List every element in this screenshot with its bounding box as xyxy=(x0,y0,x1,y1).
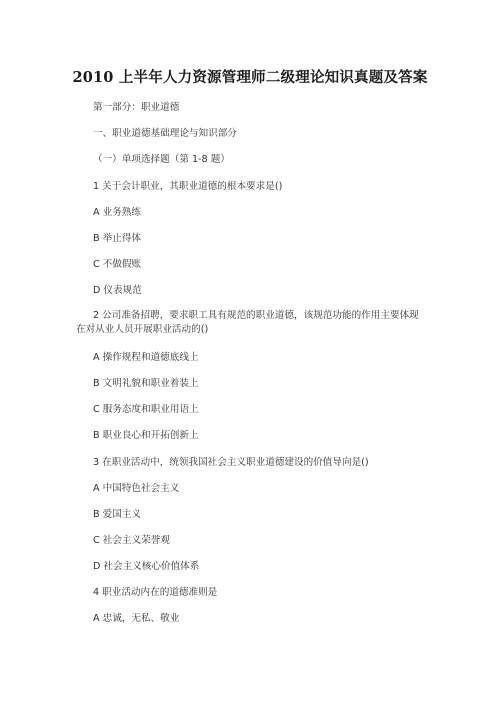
question-1-stem: 1 关于会计职业，其职业道德的根本要求是() xyxy=(93,180,282,193)
question-1-option-c: C 不做假账 xyxy=(93,258,141,271)
question-1-option-a: A 业务熟练 xyxy=(93,206,141,219)
question-2-option-a: A 操作规程和道德底线上 xyxy=(93,351,199,364)
question-3-option-d: D 社会主义核心价值体系 xyxy=(93,560,199,573)
question-2-option-d: B 职业良心和开拓创新上 xyxy=(93,429,199,442)
document-title: 2010 上半年人力资源管理师二级理论知识真题及答案 xyxy=(0,66,500,87)
question-4-stem: 4 职业活动内在的道德准则是 xyxy=(93,586,217,599)
question-3-option-b: B 爱国主义 xyxy=(93,508,141,521)
subsection-heading: 一、职业道德基础理论与知识部分 xyxy=(93,127,237,140)
question-1-option-b: B 举止得体 xyxy=(93,232,141,245)
question-2-stem: 2 公司准备招聘，要求职工具有规范的职业道德，该规范功能的作用主要体现在对从业人… xyxy=(76,309,421,337)
document-page: 2010 上半年人力资源管理师二级理论知识真题及答案 第一部分：职业道德 一、职… xyxy=(0,0,500,708)
question-2-option-c: C 服务态度和职业用语上 xyxy=(93,403,199,416)
question-2-option-b: B 文明礼貌和职业着装上 xyxy=(93,377,199,390)
question-1-option-d: D 仪表规范 xyxy=(93,284,142,297)
question-4-option-a: A 忠诚，无私、敬业 xyxy=(93,612,179,625)
question-3-option-a: A 中国特色社会主义 xyxy=(93,482,179,495)
question-type-heading: （一）单项选择题（第 1-8 题） xyxy=(93,153,230,166)
section-heading: 第一部分：职业道德 xyxy=(93,101,179,114)
question-3-stem: 3 在职业活动中，统领我国社会主义职业道德建设的价值导向是() xyxy=(93,456,369,469)
question-3-option-c: C 社会主义荣誉观 xyxy=(93,534,170,547)
